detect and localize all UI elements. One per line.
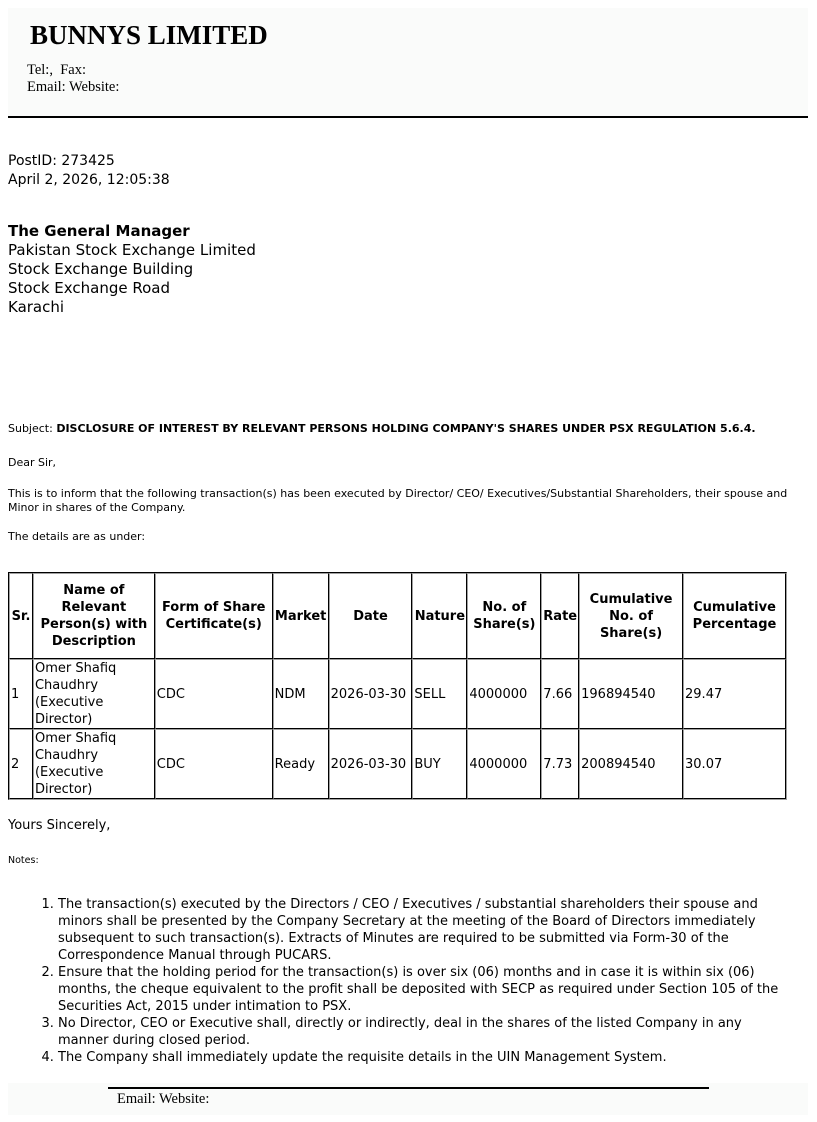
cell-cumulative-shares: 200894540	[579, 729, 683, 799]
cell-rate: 7.73	[541, 729, 579, 799]
recipient-line: Pakistan Stock Exchange Limited	[8, 241, 256, 260]
header-rate: Rate	[541, 573, 579, 659]
table-row: 1 Omer Shafiq Chaudhry (Executive Direct…	[9, 659, 786, 729]
header-cumulative-shares: Cumulative No. of Share(s)	[579, 573, 683, 659]
cell-shares: 4000000	[467, 729, 541, 799]
footer: Email: Website:	[8, 1083, 808, 1115]
subject-text: DISCLOSURE OF INTEREST BY RELEVANT PERSO…	[56, 422, 755, 435]
notes-label: Notes:	[8, 855, 39, 866]
post-id: PostID: 273425	[8, 152, 170, 171]
cell-date: 2026-03-30	[329, 659, 413, 729]
cell-date: 2026-03-30	[329, 729, 413, 799]
cell-cumulative-percentage: 29.47	[683, 659, 786, 729]
cell-nature: SELL	[412, 659, 467, 729]
cell-form: CDC	[155, 659, 273, 729]
recipient-line: Stock Exchange Road	[8, 279, 256, 298]
closing: Yours Sincerely,	[8, 818, 110, 833]
inform-paragraph: This is to inform that the following tra…	[8, 487, 788, 515]
notes-list: The transaction(s) executed by the Direc…	[0, 896, 793, 1066]
recipient-line: Karachi	[8, 298, 256, 317]
recipient-line: Stock Exchange Building	[8, 260, 256, 279]
transactions-table: Sr. Name of Relevant Person(s) with Desc…	[8, 572, 787, 800]
tel-fax: Tel:, Fax:	[27, 62, 119, 79]
contact-info: Tel:, Fax: Email: Website:	[27, 62, 119, 96]
header-cumulative-percentage: Cumulative Percentage	[683, 573, 786, 659]
cell-rate: 7.66	[541, 659, 579, 729]
cell-market: Ready	[273, 729, 329, 799]
letterhead: BUNNYS LIMITED Tel:, Fax: Email: Website…	[8, 8, 808, 116]
salutation: Dear Sir,	[8, 456, 56, 470]
cell-form: CDC	[155, 729, 273, 799]
subject-line: Subject: DISCLOSURE OF INTEREST BY RELEV…	[8, 422, 756, 436]
header-market: Market	[273, 573, 329, 659]
header-date: Date	[329, 573, 413, 659]
footer-divider	[108, 1087, 709, 1089]
company-name: BUNNYS LIMITED	[30, 20, 268, 51]
cell-market: NDM	[273, 659, 329, 729]
details-intro: The details are as under:	[8, 530, 145, 544]
email-website: Email: Website:	[27, 79, 119, 96]
recipient-address: The General Manager Pakistan Stock Excha…	[8, 222, 256, 317]
cell-name: Omer Shafiq Chaudhry (Executive Director…	[33, 659, 155, 729]
post-datetime: April 2, 2026, 12:05:38	[8, 171, 170, 190]
table-row: 2 Omer Shafiq Chaudhry (Executive Direct…	[9, 729, 786, 799]
note-item: Ensure that the holding period for the t…	[58, 964, 793, 1015]
note-item: The transaction(s) executed by the Direc…	[58, 896, 793, 964]
cell-name: Omer Shafiq Chaudhry (Executive Director…	[33, 729, 155, 799]
cell-sr: 1	[9, 659, 33, 729]
table-header-row: Sr. Name of Relevant Person(s) with Desc…	[9, 573, 786, 659]
note-item: No Director, CEO or Executive shall, dir…	[58, 1015, 793, 1049]
cell-shares: 4000000	[467, 659, 541, 729]
header-form: Form of Share Certificate(s)	[155, 573, 273, 659]
post-meta: PostID: 273425 April 2, 2026, 12:05:38	[8, 152, 170, 190]
header-shares: No. of Share(s)	[467, 573, 541, 659]
footer-email-website: Email: Website:	[117, 1091, 209, 1108]
header-sr: Sr.	[9, 573, 33, 659]
header-divider	[8, 116, 808, 118]
cell-sr: 2	[9, 729, 33, 799]
cell-cumulative-percentage: 30.07	[683, 729, 786, 799]
cell-nature: BUY	[412, 729, 467, 799]
subject-label: Subject:	[8, 422, 56, 435]
cell-cumulative-shares: 196894540	[579, 659, 683, 729]
header-nature: Nature	[412, 573, 467, 659]
note-item: The Company shall immediately update the…	[58, 1049, 793, 1066]
recipient-title: The General Manager	[8, 222, 256, 241]
header-name: Name of Relevant Person(s) with Descript…	[33, 573, 155, 659]
